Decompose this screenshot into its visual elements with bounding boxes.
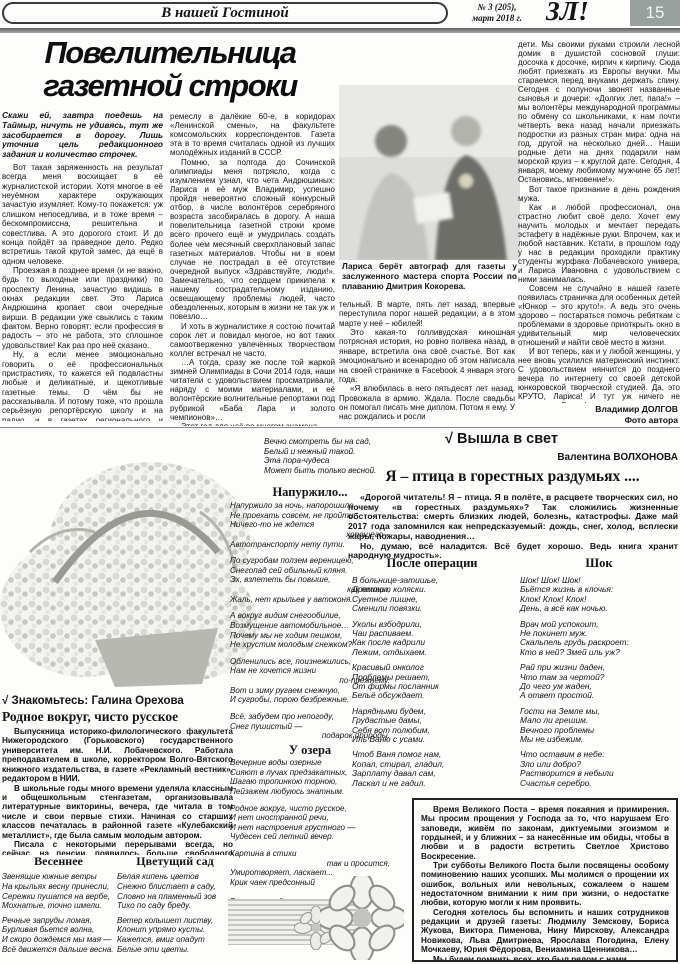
poem-cvetushchij-sad-body: Белая кипень цветовСнежно блистает в сад…	[117, 872, 233, 954]
stanza: Белая кипень цветовСнежно блистает в сад…	[117, 872, 233, 911]
paragraph: Проезжая в позднее время (и не важно, бу…	[2, 266, 163, 350]
stanza: Звенящие южные ветрыНа крыльях весну при…	[2, 872, 115, 911]
newspaper-page: В нашей Гостиной № 3 (205), март 2018 г.…	[0, 0, 680, 964]
poem-line: Клонит упрямо кусты.	[117, 925, 233, 935]
poem-line: Лежим, отдыхаем.	[352, 648, 512, 657]
newspaper-logo: ЗЛ!	[546, 0, 628, 27]
poem-line: Родное вокруг, чисто русское,	[230, 804, 390, 814]
stanza: Нарядными будем,Грудастые дамы,Себя вот …	[352, 707, 512, 745]
stanza: Гости на Земле мы,Мало ли грешим.Вечного…	[520, 707, 678, 745]
section-title-pill: В нашей Гостиной	[2, 2, 448, 24]
paragraph: Писала с некоторыми перерывами всегда, н…	[2, 840, 233, 855]
poem-line: Бурливая бьется волна,	[2, 925, 115, 935]
paragraph: дети. Мы своими руками строили лесной до…	[518, 40, 680, 185]
poem-line: И скоро дождемся мы мая —	[2, 935, 115, 945]
poem-line: И нет иностранной речи,	[230, 813, 390, 823]
poem-line: Чудесен сей летний вечер.	[230, 832, 390, 842]
poem-title-cvetushchij-sad: Цветущий сад	[117, 854, 233, 868]
paragraph: Это какая-то голливудская киношная потря…	[339, 328, 515, 384]
paragraph: И вот теперь, как и у любой женщины, у н…	[518, 347, 680, 403]
issue-number: № 3 (205),	[450, 2, 544, 13]
stanza: Родное вокруг, чисто русское,И нет иност…	[230, 804, 390, 843]
poem-title-posle-operacii: После операции	[352, 556, 512, 571]
poem-shok-body: Шок! Шок! Шок!Бьётся жизнь в клочья:Клок…	[520, 576, 678, 788]
poem-posle-operacii: После операции В больнице-затишье,Дремлю…	[352, 556, 512, 794]
article-column-1: Вот такая заряженность на результат всег…	[2, 163, 163, 421]
paragraph: тельный. В марте, пять лет назад, впервы…	[339, 300, 515, 328]
poem-line: Мохнатые, точно шмели.	[2, 901, 115, 911]
paragraph: И хоть в журналистике я состою почитай с…	[170, 322, 335, 358]
paragraph: Как и любой профессионал, она страстно л…	[518, 203, 680, 284]
autograph-photo-graphic	[339, 85, 520, 261]
book-intro: «Дорогой читатель! Я – птица. Я в полёте…	[348, 493, 678, 561]
stanza: В больнице-затишье,Дремлют коляски.Суетн…	[352, 576, 512, 614]
poem-cvetushchij-sad: Цветущий сад Белая кипень цветовСнежно б…	[117, 854, 233, 959]
poem-line: Речные запруды ломая,	[2, 916, 115, 926]
paragraph: Помню, за полгода до Сочинской олимпиады…	[170, 158, 335, 322]
poem-line: Всё движется дальше весна.	[2, 945, 115, 955]
article-column-3: тельный. В марте, пять лет назад, впервы…	[339, 300, 515, 425]
poem-line: Кто в ней? Змей иль уж?	[520, 648, 678, 657]
poem-line: Белый и нежный такой.	[264, 447, 394, 457]
article-column-4: дети. Мы своими руками строили лесной до…	[518, 40, 680, 403]
paragraph: Три субботы Великого Поста были посвящен…	[421, 861, 669, 908]
poem-line: Ласкал и не гадил.	[352, 779, 512, 788]
mimosa-basket-photo	[0, 432, 260, 692]
poem-line: Сережки пушатся на вербе,	[2, 892, 115, 902]
paragraph: Сегодня хотелось бы вспомнить и наших со…	[421, 908, 669, 955]
poem-line: На крыльях весну принесли,	[2, 882, 115, 892]
section-label-vyshla-v-svet: √ Вышла в свет	[445, 431, 558, 447]
poem-line: Эта пора-чудеса	[264, 456, 394, 466]
poem-line: Белые эти цветы.	[117, 945, 233, 955]
poem-vesennee: Весеннее Звенящие южные ветрыНа крыльях …	[2, 854, 115, 959]
poem-line: Белая кипень цветов	[117, 872, 233, 882]
author-bio: Выпускница историко-филологического факу…	[2, 727, 233, 855]
poem-vesennee-body: Звенящие южные ветрыНа крыльях весну при…	[2, 872, 115, 954]
stanza: Красивый онкологПроблемы решает,От фирмы…	[352, 663, 512, 701]
poem-posle-operacii-body: В больнице-затишье,Дремлют коляски.Суетн…	[352, 576, 512, 788]
section-divider-rule	[0, 427, 680, 428]
stanza: Шок! Шок! Шок!Бьётся жизнь в клочья:Клок…	[520, 576, 678, 614]
paragraph: «Я влюбилась в него пятьдесят лет назад.…	[339, 384, 515, 421]
paragraph: Время Великого Поста – время покаяния и …	[421, 805, 669, 861]
section-label-znakomtes: √ Знакомьтесь: Галина Орехова	[2, 695, 184, 707]
poem-line: А ответ простой.	[520, 691, 678, 700]
paragraph: Выпускница историко-филологического факу…	[2, 727, 233, 784]
stanza: Уколы взбодрили,Чаи распиваем.Как после …	[352, 620, 512, 658]
issue-info: № 3 (205), март 2018 г.	[450, 2, 544, 23]
stanza: Рай при жизни даден,Что там за чертой?До…	[520, 663, 678, 701]
mimosa-graphic	[0, 432, 260, 692]
poem-title-vesennee: Весеннее	[2, 854, 115, 868]
paragraph: «Дорогой читатель! Я – птица. Я в полёте…	[348, 493, 678, 542]
poem-line: Счастья серебро.	[520, 779, 678, 788]
author-name: Валентина ВОЛХОНОВА	[480, 452, 678, 463]
stanza: Чтоб Ваня помог нам,Копал, стирал, глади…	[352, 750, 512, 788]
poem-line: Иль Ваню с усами.	[352, 735, 512, 744]
paragraph: Этот год для неё во многом знамена-	[170, 422, 335, 426]
issue-date: март 2018 г.	[450, 13, 544, 24]
header-rule	[0, 28, 680, 33]
poem-line: Сменили повязки.	[352, 604, 512, 613]
paragraph: В школьные годы много времени уделяла кл…	[2, 784, 233, 841]
poem-line: Ветер колышет листву,	[117, 916, 233, 926]
poem-line: Бельё обсуждает.	[352, 691, 512, 700]
poem-line: Кажется, вмиг опадут	[117, 935, 233, 945]
stanza: Врач мой успокоит,Не покинет муж.Скальпе…	[520, 620, 678, 658]
flower-icon	[320, 876, 404, 960]
poem-shok: Шок Шок! Шок! Шок!Бьётся жизнь в клочья:…	[520, 556, 678, 794]
poem-line: Мы не избежим.	[520, 735, 678, 744]
poem-line: Тихо по саду бреду.	[117, 901, 233, 911]
collection-title: Родное вокруг, чисто русское	[2, 709, 178, 725]
poem-line: И нет настроения грустного —	[230, 823, 390, 833]
poem-line: День, а всё как ночью.	[520, 604, 678, 613]
article-photo	[339, 85, 520, 261]
poem-line: Вечно смотреть бы на сад,	[264, 437, 394, 447]
poem-title-shok: Шок	[520, 556, 678, 571]
article-byline: Владимир ДОЛГОВ Фото автора	[518, 404, 678, 425]
poem-line: Звенящие южные ветры	[2, 872, 115, 882]
byline-name: Владимир ДОЛГОВ	[518, 404, 678, 415]
great-lent-memorial-box: Время Великого Поста – время покаяния и …	[412, 798, 678, 962]
paragraph: Мы будем помнить всех, кто был рядом с н…	[421, 955, 669, 963]
paragraph: Ну, а если менее эмоционально говорить о…	[2, 350, 163, 421]
poem-line: так и просится,	[230, 859, 390, 869]
paragraph: Совсем не случайно в нашей газете появил…	[518, 284, 680, 347]
book-title: Я – птица в горестных раздумьях ....	[345, 468, 680, 486]
photo-caption: Лариса берёт автограф для газеты у заслу…	[340, 260, 519, 294]
paragraph: ремеслу в далёкие 60-е, в коридорах «Лен…	[170, 112, 335, 158]
stanza: Ветер колышет листву,Клонит упрямо кусты…	[117, 916, 233, 955]
poem-line: Снежно блистает в саду,	[117, 882, 233, 892]
paragraph: Вот такая заряженность на результат всег…	[2, 163, 163, 266]
stanza: Речные запруды ломая,Бурливая бьется вол…	[2, 916, 115, 955]
paragraph: …А тогда, сразу же после той жаркой зимн…	[170, 358, 335, 422]
article-headline: Повелительница газетной строки	[0, 36, 340, 102]
stanza: Что оставим в небе:Зло или добро?Раствор…	[520, 750, 678, 788]
poem-line: Словно на пламенный зов	[117, 892, 233, 902]
article-lede: Скажи ей, завтра поедешь на Таймыр, ничу…	[2, 111, 163, 160]
article-column-2: ремеслу в далёкие 60-е, в коридорах «Лен…	[170, 112, 335, 426]
paragraph: Вот такое признание в день рождения мужа…	[518, 185, 680, 203]
poem-line: Картина в стихи	[230, 849, 390, 859]
section-title: В нашей Гостиной	[161, 5, 288, 21]
byline-credit: Фото автора	[518, 415, 678, 426]
page-number: 15	[630, 0, 680, 26]
